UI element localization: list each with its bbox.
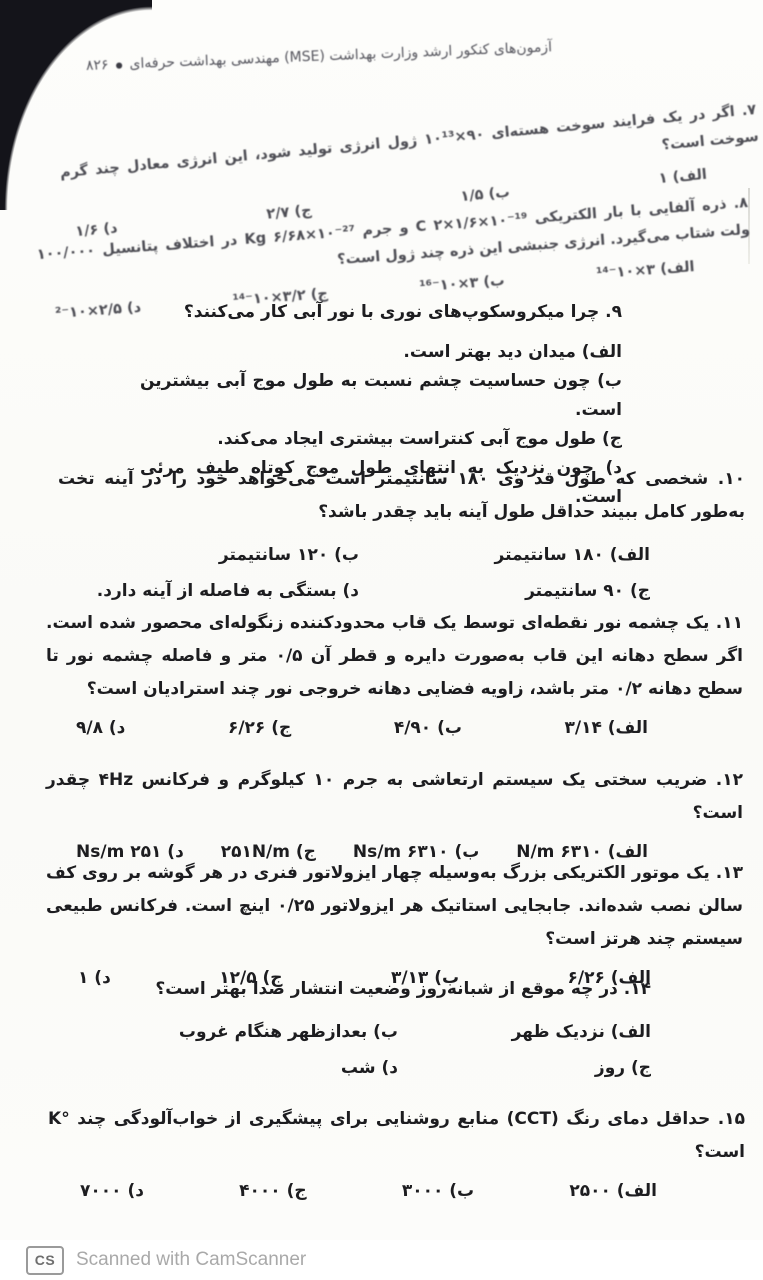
option: ب) بعدازظهر هنگام غروب bbox=[145, 1015, 398, 1049]
option: ج) ۹۰ سانتیمتر bbox=[359, 574, 650, 608]
options-q11: الف) ۳/۱۴ب) ۴/۹۰ج) ۶/۲۶د) ۹/۸ bbox=[76, 712, 648, 745]
option: الف) ۱۸۰ سانتیمتر bbox=[359, 538, 650, 572]
camscanner-text: Scanned with CamScanner bbox=[76, 1249, 306, 1271]
question-text: ۱۵. حداقل دمای رنگ (CCT) منابع روشنایی ب… bbox=[48, 1103, 745, 1169]
option: ب) ۳۰۰۰ bbox=[402, 1175, 474, 1208]
question-q15: ۱۵. حداقل دمای رنگ (CCT) منابع روشنایی ب… bbox=[48, 1103, 745, 1208]
question-q11: ۱۱. یک چشمه نور نقطه‌ای توسط یک قاب محدو… bbox=[46, 607, 743, 745]
option: الف) ۱ bbox=[658, 162, 708, 193]
options-q15: الف) ۲۵۰۰ب) ۳۰۰۰ج) ۴۰۰۰د) ۷۰۰۰ bbox=[80, 1175, 657, 1208]
option: ج) ۴۰۰۰ bbox=[239, 1175, 306, 1208]
options-q10: الف) ۱۸۰ سانتیمترب) ۱۲۰ سانتیمترج) ۹۰ سا… bbox=[68, 538, 650, 608]
question-text: ۹. چرا میکروسکوپ‌های نوری با نور آبی کار… bbox=[140, 296, 622, 329]
option: ب) ۱۲۰ سانتیمتر bbox=[68, 538, 359, 572]
option: د) ۷۰۰۰ bbox=[80, 1175, 144, 1208]
option: ب) ۱/۵ bbox=[459, 180, 510, 211]
option: الف) ۳/۱۴ bbox=[565, 712, 649, 745]
option: ب) چون حساسیت چشم نسبت به طول موج آبی بی… bbox=[140, 367, 622, 425]
option: د) ۲/۵×۱۰⁻² bbox=[54, 295, 142, 328]
question-text: ۱۱. یک چشمه نور نقطه‌ای توسط یک قاب محدو… bbox=[46, 607, 743, 706]
question-text: ۱۲. ضریب سختی یک سیستم ارتعاشی به جرم ۱۰… bbox=[46, 764, 743, 830]
option: الف) میدان دید بهتر است. bbox=[140, 338, 622, 367]
question-text: ۱۴. در چه موقع از شبانه‌روز وضعیت انتشار… bbox=[145, 973, 651, 1006]
option: د) ۱ bbox=[78, 962, 111, 995]
option: ج) روز bbox=[398, 1051, 651, 1085]
camscanner-cs-icon: CS bbox=[26, 1246, 64, 1275]
option: الف) ۲۵۰۰ bbox=[569, 1175, 657, 1208]
option: ج) طول موج آبی کنتراست بیشتری ایجاد می‌ک… bbox=[140, 425, 622, 454]
question-text: ۱۰. شخصی که طول قد وی ۱۸۰ سانتیمتر است م… bbox=[58, 463, 745, 529]
option: د) شب bbox=[145, 1051, 398, 1085]
question-q12: ۱۲. ضریب سختی یک سیستم ارتعاشی به جرم ۱۰… bbox=[46, 764, 743, 869]
option: ج) ۶/۲۶ bbox=[228, 712, 291, 745]
scanned-document-page: ۸۲۶ ● آزمون‌های کنکور ارشد وزارت بهداشت … bbox=[0, 0, 763, 1280]
camscanner-watermark: CS Scanned with CamScanner bbox=[0, 1240, 763, 1280]
options-q14: الف) نزدیک ظهرب) بعدازظهر هنگام غروبج) ر… bbox=[145, 1015, 651, 1085]
option: د) بستگی به فاصله از آینه دارد. bbox=[68, 574, 359, 608]
question-q10: ۱۰. شخصی که طول قد وی ۱۸۰ سانتیمتر است م… bbox=[58, 463, 745, 608]
option: ب) ۴/۹۰ bbox=[394, 712, 462, 745]
page-header: ۸۲۶ ● آزمون‌های کنکور ارشد وزارت بهداشت … bbox=[86, 39, 553, 74]
question-q14: ۱۴. در چه موقع از شبانه‌روز وضعیت انتشار… bbox=[145, 973, 651, 1085]
header-bullet-icon: ● bbox=[115, 60, 122, 69]
option: د) ۹/۸ bbox=[76, 712, 125, 745]
page-number: ۸۲۶ bbox=[86, 57, 109, 74]
option: الف) ۳×۱۰⁻¹⁴ bbox=[595, 254, 695, 288]
question-text: ۱۳. یک موتور الکتریکی بزرگ به‌وسیله چهار… bbox=[46, 857, 743, 956]
option: الف) نزدیک ظهر bbox=[398, 1015, 651, 1049]
book-title: آزمون‌های کنکور ارشد وزارت بهداشت (MSE) … bbox=[129, 39, 552, 72]
